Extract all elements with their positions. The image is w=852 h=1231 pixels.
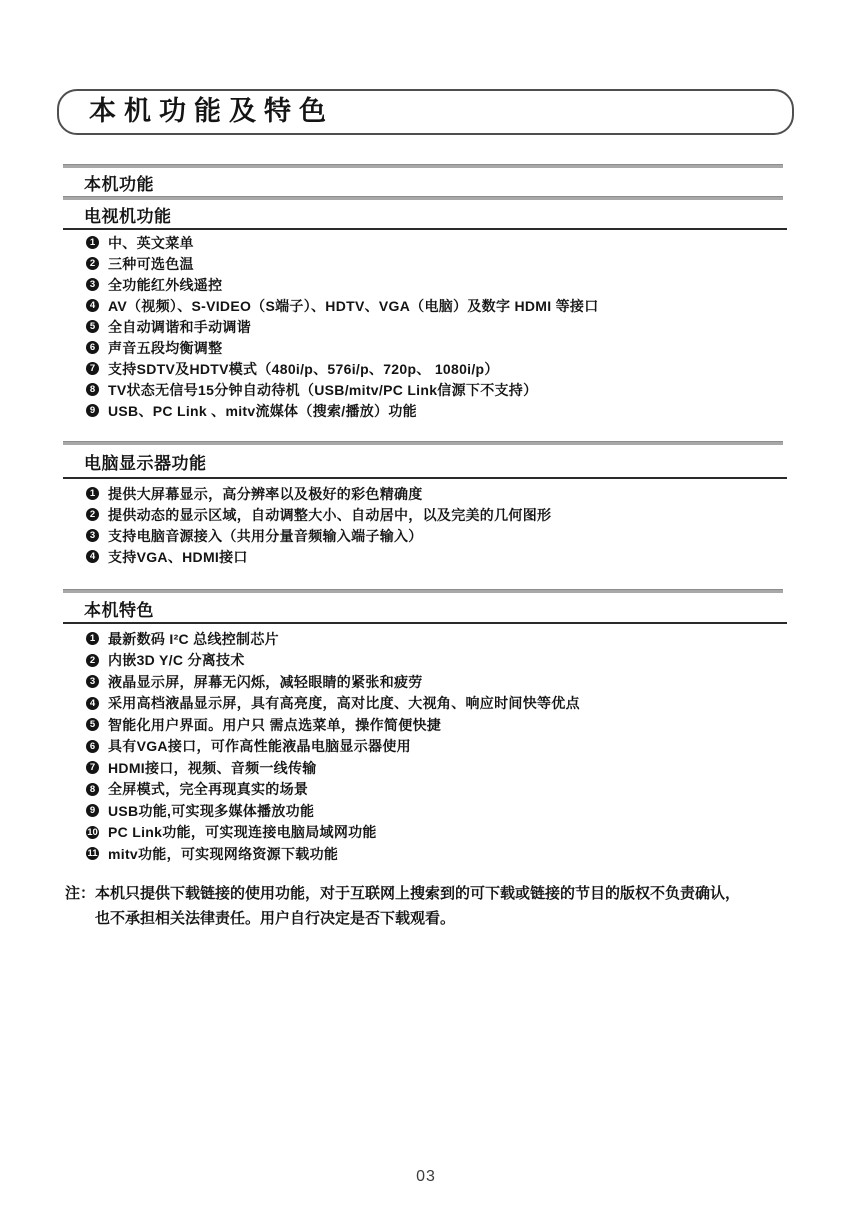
item-number-icon: 2	[86, 508, 99, 521]
list-item-label: 全屏模式，完全再现真实的场景	[108, 779, 308, 799]
note-prefix: 注：	[65, 881, 95, 931]
list-item: 3 液晶显示屏，屏幕无闪烁，减轻眼睛的紧张和疲劳	[86, 671, 812, 693]
item-number-icon: 9	[86, 804, 99, 817]
features-section-underline	[63, 622, 787, 624]
tv-feature-list: 1 中、英文菜单 2 三种可选色温 3 全功能红外线遥控 4 AV（视频）、S-…	[86, 232, 812, 421]
list-item-label: 提供动态的显示区域，自动调整大小、自动居中，以及完美的几何图形	[108, 505, 551, 525]
list-item: 1 最新数码 I²C 总线控制芯片	[86, 628, 812, 650]
list-item-label: USB功能,可实现多媒体播放功能	[108, 801, 314, 821]
manual-page: 本机功能及特色 本机功能 电视机功能 1 中、英文菜单 2 三种可选色温 3 全…	[0, 0, 852, 1231]
list-item-label: USB、PC Link 、mitv流媒体（搜索/播放）功能	[108, 401, 417, 421]
list-item: 10 PC Link功能，可实现连接电脑局域网功能	[86, 822, 812, 844]
list-item: 7 HDMI接口，视频、音频一线传输	[86, 757, 812, 779]
item-number-icon: 4	[86, 550, 99, 563]
list-item-label: 支持VGA、HDMI接口	[108, 547, 248, 567]
list-item: 8 全屏模式，完全再现真实的场景	[86, 779, 812, 801]
list-item: 2 三种可选色温	[86, 253, 812, 274]
pc-section-underline	[63, 477, 787, 479]
item-number-icon: 1	[86, 632, 99, 645]
list-item-label: 声音五段均衡调整	[108, 338, 222, 358]
copyright-note: 注： 本机只提供下载链接的使用功能，对于互联网上搜索到的可下载或链接的节目的版权…	[65, 881, 795, 931]
list-item-label: 液晶显示屏，屏幕无闪烁，减轻眼睛的紧张和疲劳	[108, 672, 423, 692]
section-band-label: 本机功能	[84, 170, 154, 195]
page-number: 03	[0, 1168, 852, 1186]
features-section-title: 本机特色	[84, 596, 154, 621]
note-body: 本机只提供下载链接的使用功能，对于互联网上搜索到的可下载或链接的节目的版权不负责…	[95, 881, 795, 931]
list-item-label: AV（视频）、S-VIDEO（S端子）、HDTV、VGA（电脑）及数字 HDMI…	[108, 296, 599, 316]
list-item-label: 支持电脑音源接入（共用分量音频输入端子输入）	[108, 526, 423, 546]
note-line: 本机只提供下载链接的使用功能，对于互联网上搜索到的可下载或链接的节目的版权不负责…	[95, 881, 795, 906]
list-item: 9 USB功能,可实现多媒体播放功能	[86, 800, 812, 822]
item-number-icon: 6	[86, 740, 99, 753]
tv-section-underline	[63, 228, 787, 230]
list-item: 9 USB、PC Link 、mitv流媒体（搜索/播放）功能	[86, 400, 812, 421]
list-item: 4 AV（视频）、S-VIDEO（S端子）、HDTV、VGA（电脑）及数字 HD…	[86, 295, 812, 316]
item-number-icon: 1	[86, 487, 99, 500]
list-item-label: TV状态无信号15分钟自动待机（USB/mitv/PC Link信源下不支持）	[108, 380, 537, 400]
list-item-label: 提供大屏幕显示，高分辨率以及极好的彩色精确度	[108, 484, 423, 504]
item-number-icon: 3	[86, 529, 99, 542]
list-item: 11 mitv功能，可实现网络资源下载功能	[86, 843, 812, 865]
item-number-icon: 4	[86, 697, 99, 710]
pc-section-title: 电脑显示器功能	[84, 449, 207, 474]
list-item-label: 具有VGA接口，可作高性能液晶电脑显示器使用	[108, 736, 411, 756]
item-number-icon: 5	[86, 320, 99, 333]
list-item-label: HDMI接口，视频、音频一线传输	[108, 758, 317, 778]
item-number-icon: 2	[86, 257, 99, 270]
list-item-label: 全自动调谐和手动调谐	[108, 317, 251, 337]
tv-section-title: 电视机功能	[84, 202, 172, 227]
pc-section-topbar	[63, 441, 783, 445]
item-number-icon: 3	[86, 278, 99, 291]
list-item: 4 支持VGA、HDMI接口	[86, 546, 812, 567]
list-item: 2 提供动态的显示区域，自动调整大小、自动居中，以及完美的几何图形	[86, 504, 812, 525]
list-item-label: 三种可选色温	[108, 254, 194, 274]
list-item-label: 中、英文菜单	[108, 233, 194, 253]
item-number-icon: 7	[86, 761, 99, 774]
item-number-icon: 2	[86, 654, 99, 667]
pc-feature-list: 1 提供大屏幕显示，高分辨率以及极好的彩色精确度 2 提供动态的显示区域，自动调…	[86, 483, 812, 567]
list-item: 5 智能化用户界面。用户只 需点选菜单，操作简便快捷	[86, 714, 812, 736]
list-item: 4 采用高档液晶显示屏，具有高亮度，高对比度、大视角、响应时间快等优点	[86, 693, 812, 715]
list-item-label: 最新数码 I²C 总线控制芯片	[108, 629, 279, 649]
list-item: 6 声音五段均衡调整	[86, 337, 812, 358]
list-item: 2 内嵌3D Y/C 分离技术	[86, 650, 812, 672]
list-item: 3 支持电脑音源接入（共用分量音频输入端子输入）	[86, 525, 812, 546]
divider-bar-mid	[63, 196, 783, 200]
item-number-icon: 6	[86, 341, 99, 354]
features-section-topbar	[63, 589, 783, 593]
list-item-label: 支持SDTV及HDTV模式（480i/p、576i/p、720p、 1080i/…	[108, 359, 499, 379]
list-item: 1 中、英文菜单	[86, 232, 812, 253]
list-item: 7 支持SDTV及HDTV模式（480i/p、576i/p、720p、 1080…	[86, 358, 812, 379]
list-item-label: 智能化用户界面。用户只 需点选菜单，操作简便快捷	[108, 715, 441, 735]
list-item-label: 全功能红外线遥控	[108, 275, 222, 295]
item-number-icon: 8	[86, 383, 99, 396]
list-item: 8 TV状态无信号15分钟自动待机（USB/mitv/PC Link信源下不支持…	[86, 379, 812, 400]
list-item: 5 全自动调谐和手动调谐	[86, 316, 812, 337]
item-number-icon: 10	[86, 826, 99, 839]
item-number-icon: 7	[86, 362, 99, 375]
item-number-icon: 8	[86, 783, 99, 796]
list-item-label: 内嵌3D Y/C 分离技术	[108, 650, 245, 670]
page-title-box: 本机功能及特色	[57, 89, 794, 135]
page-title: 本机功能及特色	[59, 91, 792, 133]
item-number-icon: 11	[86, 847, 99, 860]
list-item-label: mitv功能，可实现网络资源下载功能	[108, 844, 338, 864]
list-item-label: 采用高档液晶显示屏，具有高亮度，高对比度、大视角、响应时间快等优点	[108, 693, 580, 713]
list-item: 1 提供大屏幕显示，高分辨率以及极好的彩色精确度	[86, 483, 812, 504]
item-number-icon: 1	[86, 236, 99, 249]
item-number-icon: 9	[86, 404, 99, 417]
list-item: 3 全功能红外线遥控	[86, 274, 812, 295]
note-line: 也不承担相关法律责任。用户自行决定是否下载观看。	[95, 906, 795, 931]
item-number-icon: 3	[86, 675, 99, 688]
list-item-label: PC Link功能，可实现连接电脑局域网功能	[108, 822, 377, 842]
features-list: 1 最新数码 I²C 总线控制芯片 2 内嵌3D Y/C 分离技术 3 液晶显示…	[86, 628, 812, 865]
item-number-icon: 5	[86, 718, 99, 731]
divider-bar-top	[63, 164, 783, 168]
list-item: 6 具有VGA接口，可作高性能液晶电脑显示器使用	[86, 736, 812, 758]
item-number-icon: 4	[86, 299, 99, 312]
